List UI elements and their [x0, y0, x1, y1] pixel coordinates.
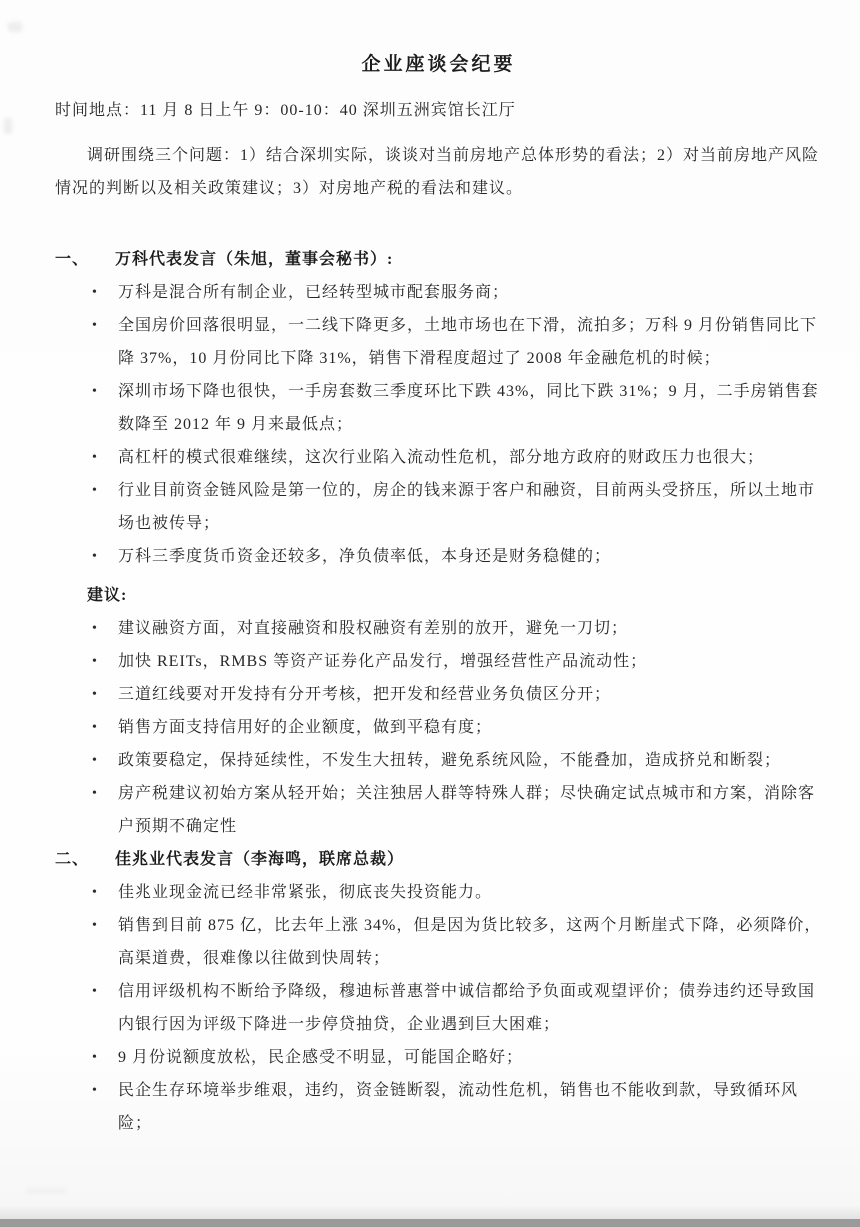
page-title: 企业座谈会纪要: [55, 52, 822, 78]
bullet-icon: •: [92, 645, 98, 678]
bullet-text: 万科三季度货币资金还较多，净负债率低，本身还是财务稳健的；: [118, 548, 611, 565]
bullet-item: •信用评级机构不断给予降级，穆迪标普惠誉中诚信都给予负面或观望评价；债券违约还导…: [90, 975, 822, 1041]
bullet-item: •万科三季度货币资金还较多，净负债率低，本身还是财务稳健的；: [90, 540, 822, 573]
bullet-item: •房产税建议初始方案从轻开始；关注独居人群等特殊人群；尽快确定试点城市和方案，消…: [90, 777, 822, 843]
bullet-item: •行业目前资金链风险是第一位的，房企的钱来源于客户和融资，目前两头受挤压，所以土…: [90, 474, 822, 540]
section-2-title: 佳兆业代表发言（李海鸣，联席总裁）: [115, 843, 822, 876]
section-1-bullet-list: •万科是混合所有制企业，已经转型城市配套服务商； •全国房价回落很明显，一二线下…: [55, 276, 822, 573]
bullet-icon: •: [92, 540, 98, 573]
bullet-item: •深圳市场下降也很快，一手房套数三季度环比下跌 43%，同比下跌 31%；9 月…: [90, 375, 822, 441]
bullet-icon: •: [92, 1041, 98, 1074]
bullet-icon: •: [92, 876, 98, 909]
bullet-text: 加快 REITs，RMBS 等资产证券化产品发行，增强经营性产品流动性；: [118, 653, 647, 670]
bullet-text: 9 月份说额度放松，民企感受不明显，可能国企略好；: [118, 1049, 523, 1066]
bullet-text: 万科是混合所有制企业，已经转型城市配套服务商；: [118, 284, 509, 301]
bullet-icon: •: [92, 909, 98, 942]
bullet-item: •佳兆业现金流已经非常紧张，彻底丧失投资能力。: [90, 876, 822, 909]
bullet-item: •高杠杆的模式很难继续，这次行业陷入流动性危机，部分地方政府的财政压力也很大；: [90, 441, 822, 474]
bullet-item: •销售方面支持信用好的企业额度，做到平稳有度；: [90, 711, 822, 744]
bullet-text: 政策要稳定，保持延续性，不发生大扭转，避免系统风险，不能叠加，造成挤兑和断裂；: [118, 752, 781, 769]
bullet-item: •全国房价回落很明显，一二线下降更多，土地市场也在下滑，流拍多；万科 9 月份销…: [90, 309, 822, 375]
bullet-icon: •: [92, 309, 98, 342]
bullet-item: •政策要稳定，保持延续性，不发生大扭转，避免系统风险，不能叠加，造成挤兑和断裂；: [90, 744, 822, 777]
suggestions-label: 建议:: [87, 579, 822, 612]
bullet-text: 销售方面支持信用好的企业额度，做到平稳有度；: [118, 719, 492, 736]
intro-paragraph: 调研围绕三个问题：1）结合深圳实际，谈谈对当前房地产总体形势的看法；2）对当前房…: [55, 139, 822, 205]
bottom-gray-bar: [0, 1219, 860, 1227]
bullet-icon: •: [92, 612, 98, 645]
bullet-icon: •: [92, 474, 98, 507]
bullet-icon: •: [92, 441, 98, 474]
bullet-item: •三道红线要对开发持有分开考核，把开发和经营业务负债区分开；: [90, 678, 822, 711]
document-page: 企业座谈会纪要 时间地点：11 月 8 日上午 9：00-10：40 深圳五洲宾…: [0, 0, 860, 1227]
suggestions-bullet-list: •建议融资方面，对直接融资和股权融资有差别的放开，避免一刀切； •加快 REIT…: [55, 612, 822, 843]
bullet-icon: •: [92, 375, 98, 408]
bullet-item: •销售到目前 875 亿，比去年上涨 34%，但是因为货比较多，这两个月断崖式下…: [90, 909, 822, 975]
bullet-text: 佳兆业现金流已经非常紧张，彻底丧失投资能力。: [118, 884, 492, 901]
bullet-text: 销售到目前 875 亿，比去年上涨 34%，但是因为货比较多，这两个月断崖式下降…: [118, 917, 821, 967]
bullet-icon: •: [92, 744, 98, 777]
photo-artifact: [8, 22, 22, 32]
bullet-icon: •: [92, 975, 98, 1008]
bullet-text: 高杠杆的模式很难继续，这次行业陷入流动性危机，部分地方政府的财政压力也很大；: [118, 449, 764, 466]
bullet-item: •万科是混合所有制企业，已经转型城市配套服务商；: [90, 276, 822, 309]
section-1-heading: 一、 万科代表发言（朱旭，董事会秘书）:: [55, 243, 822, 276]
bullet-text: 三道红线要对开发持有分开考核，把开发和经营业务负债区分开；: [118, 686, 611, 703]
section-1-title: 万科代表发言（朱旭，董事会秘书）:: [115, 243, 822, 276]
bullet-text: 全国房价回落很明显，一二线下降更多，土地市场也在下滑，流拍多；万科 9 月份销售…: [118, 317, 817, 367]
bullet-icon: •: [92, 678, 98, 711]
section-2-heading: 二、 佳兆业代表发言（李海鸣，联席总裁）: [55, 843, 822, 876]
bullet-text: 民企生存环境举步维艰，违约，资金链断裂，流动性危机，销售也不能收到款，导致循环风…: [118, 1082, 798, 1132]
bullet-text: 行业目前资金链风险是第一位的，房企的钱来源于客户和融资，目前两头受挤压，所以土地…: [118, 482, 815, 532]
page-bottom-shadow: [0, 1205, 860, 1219]
bullet-text: 信用评级机构不断给予降级，穆迪标普惠誉中诚信都给予负面或观望评价；债券违约还导致…: [118, 983, 815, 1033]
bullet-icon: •: [92, 276, 98, 309]
section-2-number: 二、: [55, 843, 115, 876]
bullet-text: 建议融资方面，对直接融资和股权融资有差别的放开，避免一刀切；: [118, 620, 628, 637]
bullet-item: •民企生存环境举步维艰，违约，资金链断裂，流动性危机，销售也不能收到款，导致循环…: [90, 1074, 822, 1140]
bullet-item: •9 月份说额度放松，民企感受不明显，可能国企略好；: [90, 1041, 822, 1074]
bullet-item: •加快 REITs，RMBS 等资产证券化产品发行，增强经营性产品流动性；: [90, 645, 822, 678]
photo-artifact: [26, 1188, 66, 1194]
bullet-item: •建议融资方面，对直接融资和股权融资有差别的放开，避免一刀切；: [90, 612, 822, 645]
bullet-text: 房产税建议初始方案从轻开始；关注独居人群等特殊人群；尽快确定试点城市和方案，消除…: [118, 785, 815, 835]
meeting-time-location: 时间地点：11 月 8 日上午 9：00-10：40 深圳五洲宾馆长江厅: [55, 94, 822, 127]
bullet-icon: •: [92, 777, 98, 810]
bullet-icon: •: [92, 1074, 98, 1107]
section-1-number: 一、: [55, 243, 115, 276]
photo-artifact: [4, 118, 12, 134]
section-2-bullet-list: •佳兆业现金流已经非常紧张，彻底丧失投资能力。 •销售到目前 875 亿，比去年…: [55, 876, 822, 1140]
bullet-text: 深圳市场下降也很快，一手房套数三季度环比下跌 43%，同比下跌 31%；9 月，…: [118, 383, 819, 433]
bullet-icon: •: [92, 711, 98, 744]
